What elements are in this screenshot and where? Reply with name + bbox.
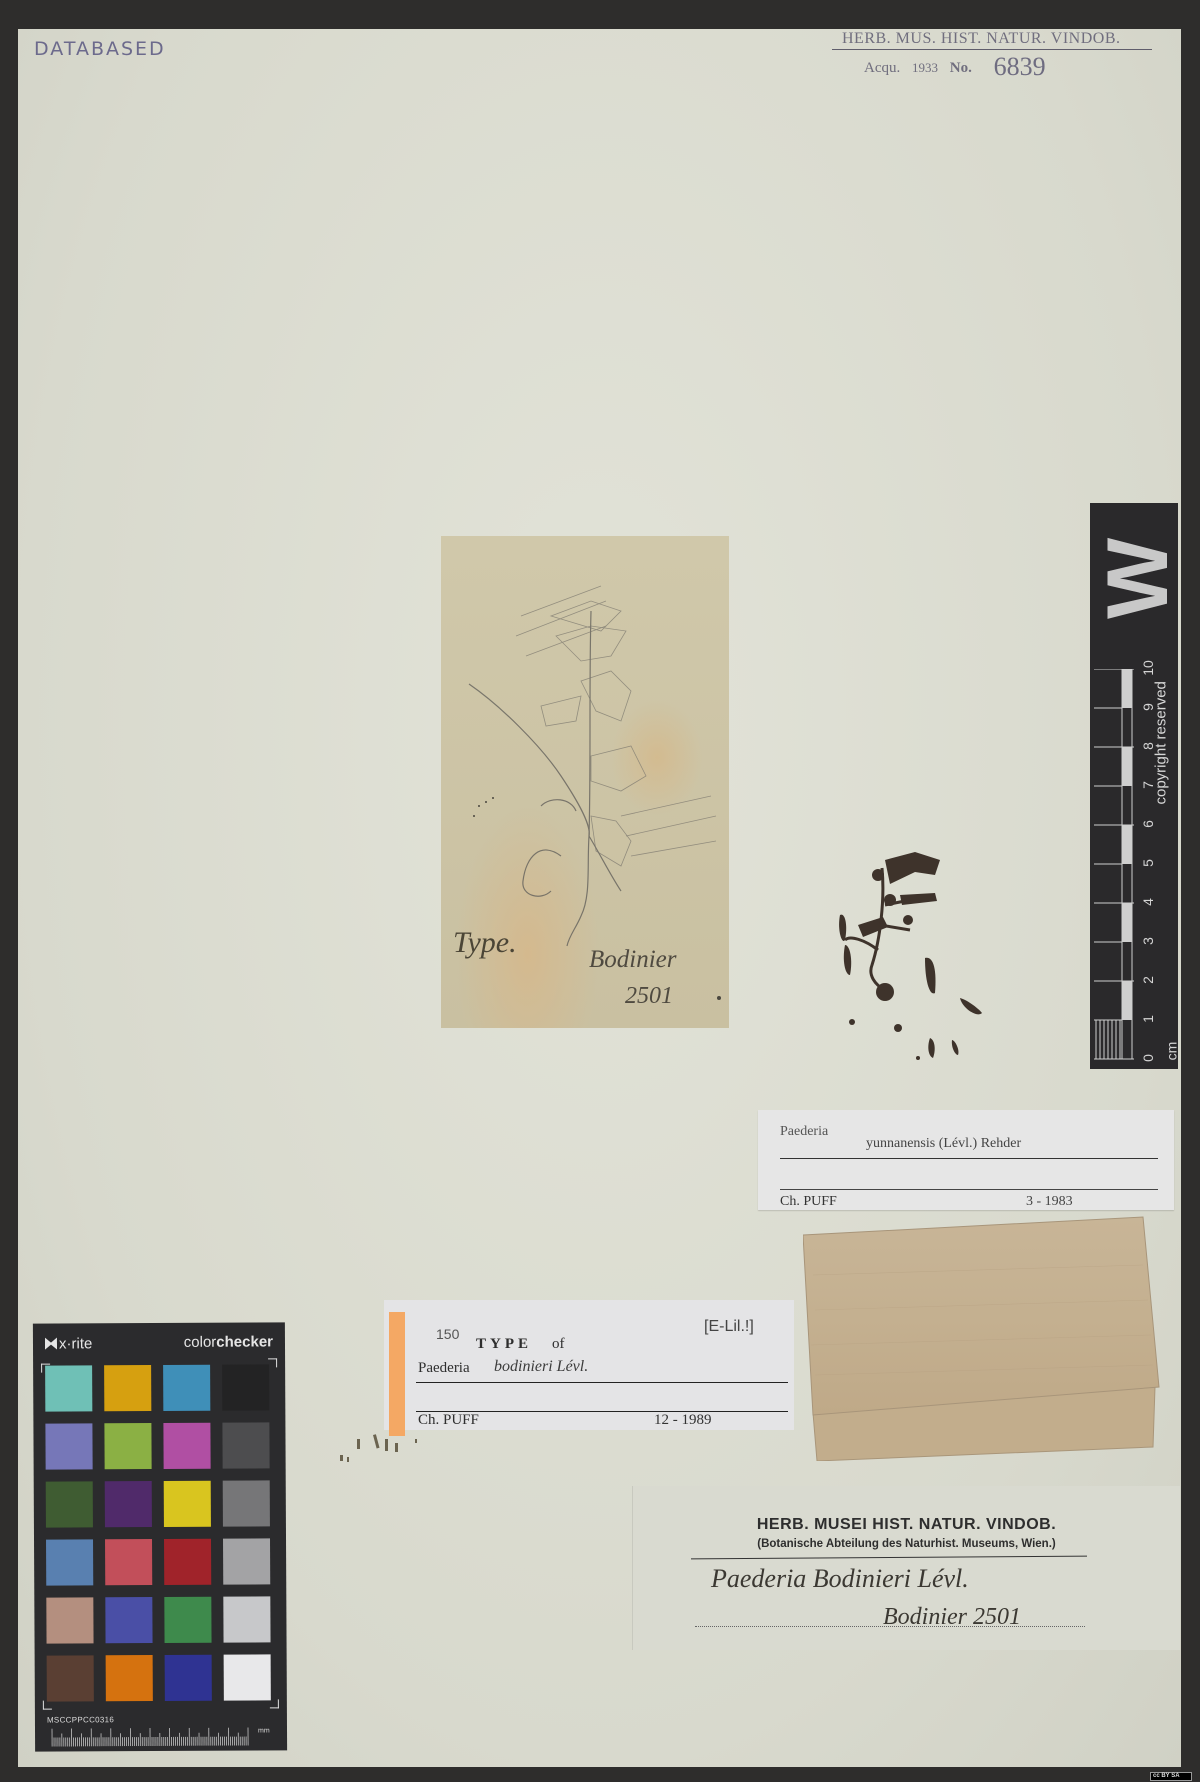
mm-unit: mm: [258, 1727, 270, 1734]
plant-debris: [335, 1425, 425, 1475]
color-swatch: [104, 1365, 151, 1411]
color-swatch: [222, 1364, 269, 1410]
color-swatch: [106, 1655, 153, 1701]
type-label-number: 150: [436, 1326, 459, 1342]
type-label-reference: [E-Lil.!]: [704, 1318, 754, 1336]
accession-stamp-header: HERB. MUS. HIST. NATUR. VINDOB.: [832, 30, 1152, 50]
color-swatch: [45, 1365, 92, 1411]
sketch-handwriting-type: Type.: [453, 926, 517, 960]
ruler-tick-4: 4: [1140, 892, 1156, 912]
det-date: 3 - 1983: [1026, 1194, 1073, 1210]
ruler-tick-0: 0: [1140, 1048, 1156, 1068]
herbarium-label-subtitle: (Botanische Abteilung des Naturhist. Mus…: [633, 1538, 1180, 1550]
cm-ruler: [1094, 669, 1134, 1065]
herbarium-label: HERB. MUSEI HIST. NATUR. VINDOB. (Botani…: [632, 1486, 1180, 1650]
ruler-tick-8: 8: [1140, 736, 1156, 756]
ruler-tick-10: 10: [1140, 658, 1156, 678]
colorchecker-title-light: color: [184, 1334, 217, 1351]
ruler-numbers: 0 1 2 3 4 5 6 7 8 9 10: [1138, 669, 1158, 1065]
det-genus: Paederia: [780, 1124, 828, 1140]
fragment-envelope: [803, 1215, 1161, 1461]
ruler-tick-9: 9: [1140, 697, 1156, 717]
determination-label: Paederia yunnanensis (Lévl.) Rehder Ch. …: [758, 1110, 1174, 1210]
color-swatch: [163, 1423, 210, 1469]
xrite-brand-text: x·rite: [59, 1335, 92, 1352]
type-label-stripe: [389, 1312, 405, 1436]
ruler-tick-2: 2: [1140, 970, 1156, 990]
cc-license-badge: cc BY SA: [1150, 1772, 1192, 1781]
type-label-rule: [416, 1382, 788, 1383]
colorchecker-title-bold: checker: [216, 1333, 273, 1350]
crop-corner: [270, 1699, 279, 1708]
det-species: yunnanensis (Lévl.) Rehder: [866, 1136, 1021, 1152]
color-swatch: [105, 1481, 152, 1527]
accession-stamp: HERB. MUS. HIST. NATUR. VINDOB. Acqu. 19…: [832, 30, 1152, 82]
type-label-type: TYPE: [476, 1336, 532, 1353]
herbarium-label-rule: [691, 1556, 1087, 1560]
type-label-genus: Paederia: [418, 1360, 470, 1377]
scale-bar: W copyright reserved: [1090, 503, 1178, 1069]
color-swatch: [105, 1539, 152, 1585]
det-determiner: Ch. PUFF: [780, 1194, 837, 1210]
number-label: No.: [950, 60, 972, 76]
xrite-icon: [45, 1338, 57, 1350]
accession-number: 6839: [994, 52, 1046, 81]
colorchecker-card: x·rite colorchecker MSCCPPCC0316 mm: [33, 1322, 287, 1751]
color-swatch: [165, 1655, 212, 1701]
ruler-tick-7: 7: [1140, 775, 1156, 795]
xrite-logo: x·rite: [45, 1335, 92, 1352]
type-label-date: 12 - 1989: [654, 1412, 712, 1429]
color-swatch: [223, 1596, 270, 1642]
colorchecker-serial: MSCCPPCC0316: [47, 1715, 114, 1724]
color-swatch: [222, 1422, 269, 1468]
type-label: 150 TYPE of [E-Lil.!] Paederia bodinieri…: [384, 1300, 794, 1430]
color-swatch: [163, 1365, 210, 1411]
ruler-tick-6: 6: [1140, 814, 1156, 834]
databased-stamp: DATABASED: [34, 38, 166, 60]
det-rule: [780, 1158, 1158, 1159]
ruler-tick-1: 1: [1140, 1009, 1156, 1029]
sketch-handwriting-collector: Bodinier: [589, 946, 677, 974]
color-swatch: [223, 1538, 270, 1584]
herbarium-label-title: HERB. MUSEI HIST. NATUR. VINDOB.: [633, 1516, 1180, 1534]
det-rule: [780, 1189, 1158, 1190]
acquisition-label: Acqu.: [864, 60, 900, 76]
color-swatch: [164, 1539, 211, 1585]
ruler-tick-3: 3: [1140, 931, 1156, 951]
herbarium-label-taxon: Paederia Bodinieri Lévl.: [711, 1564, 969, 1594]
color-swatch: [45, 1423, 92, 1469]
sketch-card: Type. Bodinier 2501: [441, 536, 729, 1028]
color-swatch: [46, 1539, 93, 1585]
color-swatch: [223, 1480, 270, 1526]
color-swatch: [46, 1481, 93, 1527]
acquisition-year: 1933: [912, 60, 938, 75]
type-label-epithet: bodinieri Lévl.: [494, 1358, 588, 1376]
accession-stamp-line: Acqu. 1933 No. 6839: [832, 52, 1152, 82]
crop-corner: [43, 1701, 52, 1710]
ruler-tick-5: 5: [1140, 853, 1156, 873]
ruler-unit: cm: [1163, 1042, 1179, 1061]
color-swatch: [224, 1654, 271, 1700]
colorchecker-title: colorchecker: [184, 1333, 273, 1350]
type-label-determiner: Ch. PUFF: [418, 1412, 479, 1429]
color-swatch: [47, 1655, 94, 1701]
herbarium-label-dotted-line: [695, 1626, 1085, 1627]
color-swatch: [164, 1597, 211, 1643]
type-label-of: of: [552, 1336, 565, 1353]
mm-ruler: [50, 1728, 250, 1747]
color-swatch: [105, 1597, 152, 1643]
color-swatch-grid: [45, 1364, 279, 1701]
color-swatch: [46, 1597, 93, 1643]
color-swatch: [164, 1481, 211, 1527]
dried-plant-specimen: [830, 840, 990, 1060]
museum-logo-w: W: [1098, 543, 1178, 619]
color-swatch: [104, 1423, 151, 1469]
sketch-handwriting-number: 2501: [625, 983, 673, 1010]
